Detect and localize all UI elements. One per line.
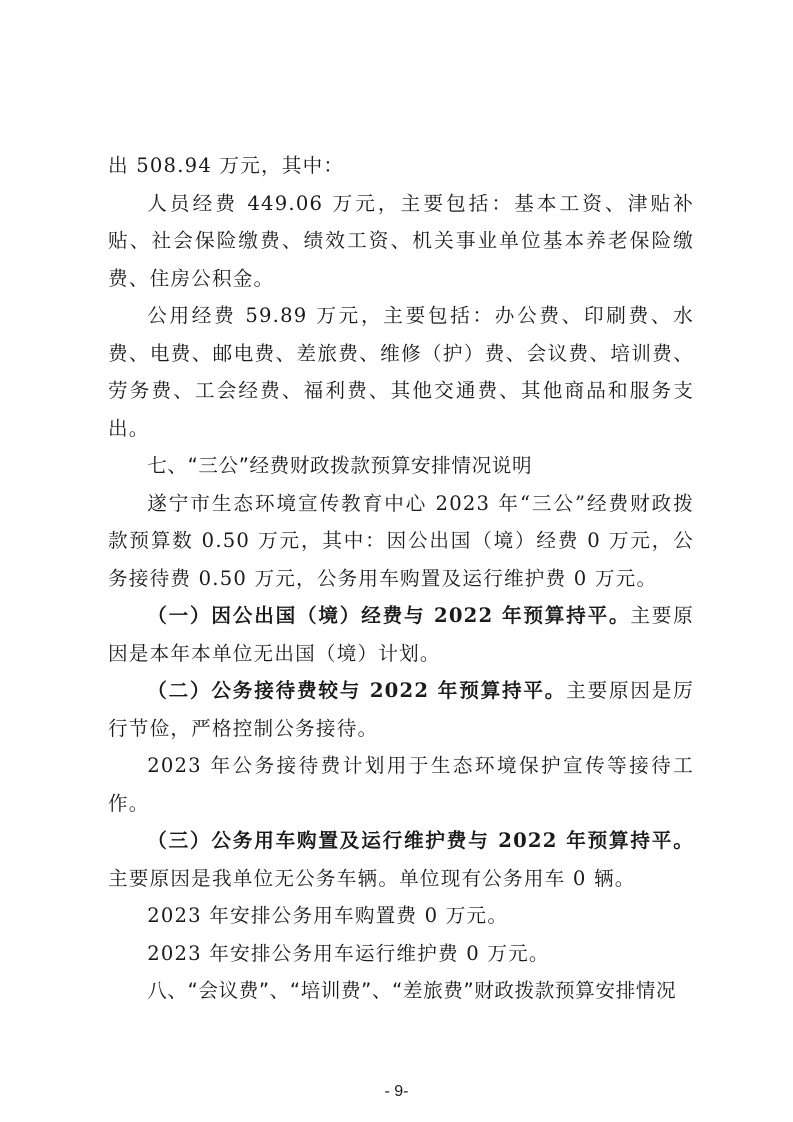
paragraph-public-expenses: 公用经费 59.89 万元，主要包括：办公费、印刷费、水费、电费、邮电费、差旅费… [108,297,694,447]
paragraph-reception-plan: 2023 年公务接待费计划用于生态环境保护宣传等接待工作。 [108,747,694,822]
paragraph-three-public-budget: 遂宁市生态环境宣传教育中心 2023 年“三公”经费财政拨款预算数 0.50 万… [108,485,694,598]
bold-lead-reception: （二）公务接待费较与 2022 年预算持平。 [147,679,566,702]
paragraph-vehicle-purchase: 2023 年安排公务用车购置费 0 万元。 [108,897,694,935]
page-number: - 9- [0,1083,793,1101]
bold-lead-vehicle: （三）公务用车购置及运行维护费与 2022 年预算持平。 [147,829,694,852]
paragraph-personnel-expenses: 人员经费 449.06 万元，主要包括：基本工资、津贴补贴、社会保险缴费、绩效工… [108,185,694,298]
paragraph-continuation: 出 508.94 万元，其中： [108,147,694,185]
paragraph-overseas-travel: （一）因公出国（境）经费与 2022 年预算持平。主要原因是本年本单位无出国（境… [108,597,694,672]
bold-lead-overseas: （一）因公出国（境）经费与 2022 年预算持平。 [147,604,630,627]
section-heading-seven: 七、“三公”经费财政拨款预算安排情况说明 [108,447,694,485]
paragraph-text-vehicle: 主要原因是我单位无公务车辆。单位现有公务用车 0 辆。 [108,867,636,890]
section-heading-eight: 八、“会议费”、“培训费”、“差旅费”财政拨款预算安排情况 [108,972,694,1010]
paragraph-vehicle: （三）公务用车购置及运行维护费与 2022 年预算持平。主要原因是我单位无公务车… [108,822,694,897]
paragraph-reception: （二）公务接待费较与 2022 年预算持平。主要原因是厉行节俭，严格控制公务接待… [108,672,694,747]
document-page-body: 出 508.94 万元，其中： 人员经费 449.06 万元，主要包括：基本工资… [108,147,694,1010]
paragraph-vehicle-maintenance: 2023 年安排公务用车运行维护费 0 万元。 [108,935,694,973]
